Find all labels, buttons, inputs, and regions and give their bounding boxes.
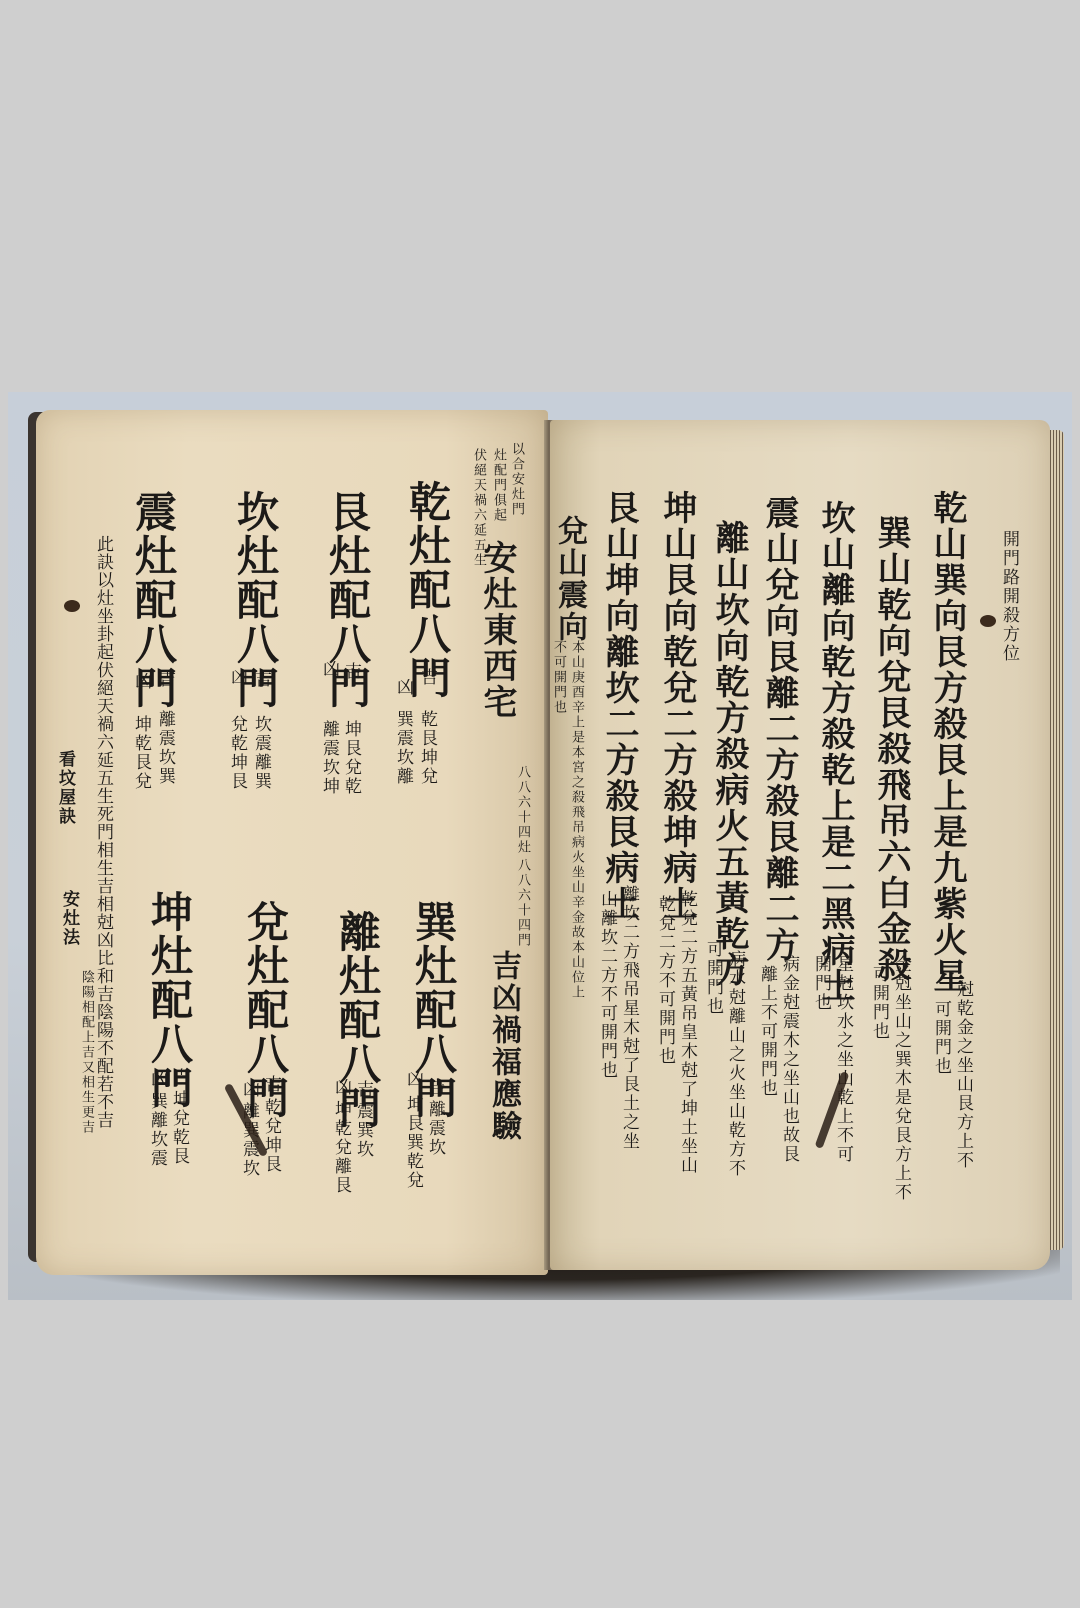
title-note-2: 八八六十四門 xyxy=(516,858,529,948)
top-note-2: 灶配門俱起 xyxy=(492,448,505,523)
subtitle: 吉凶禍福應驗 xyxy=(488,950,518,1142)
margin-heading-stove-method: 安灶法 xyxy=(60,890,77,947)
worm-hole xyxy=(980,615,996,627)
left-page: 以合安灶門 灶配門俱起 伏絕天禍六延五生 安灶東西宅 八八六十四灶 八八六十四門… xyxy=(36,410,548,1275)
page-title: 安灶東西宅 xyxy=(480,540,514,720)
right-page: 開門路開殺方位 乾山巽向艮方殺艮上是九紫火星 尅乾金之坐山艮方上不 可開門也 巽… xyxy=(550,420,1050,1270)
margin-method-note: 陰陽相配上吉又相生更吉 xyxy=(80,970,93,1135)
title-note-1: 八八六十四灶 xyxy=(516,765,529,855)
worm-hole xyxy=(64,600,80,612)
margin-rule-note: 此訣以灶坐卦起伏絕天禍六延五生死門相生吉相尅凶比和吉陰陽不配若不吉 xyxy=(94,535,111,1129)
page-header: 開門路開殺方位 xyxy=(1000,530,1017,663)
top-note-1: 以合安灶門 xyxy=(510,442,523,517)
margin-heading-grave: 看坟屋訣 xyxy=(56,750,73,826)
